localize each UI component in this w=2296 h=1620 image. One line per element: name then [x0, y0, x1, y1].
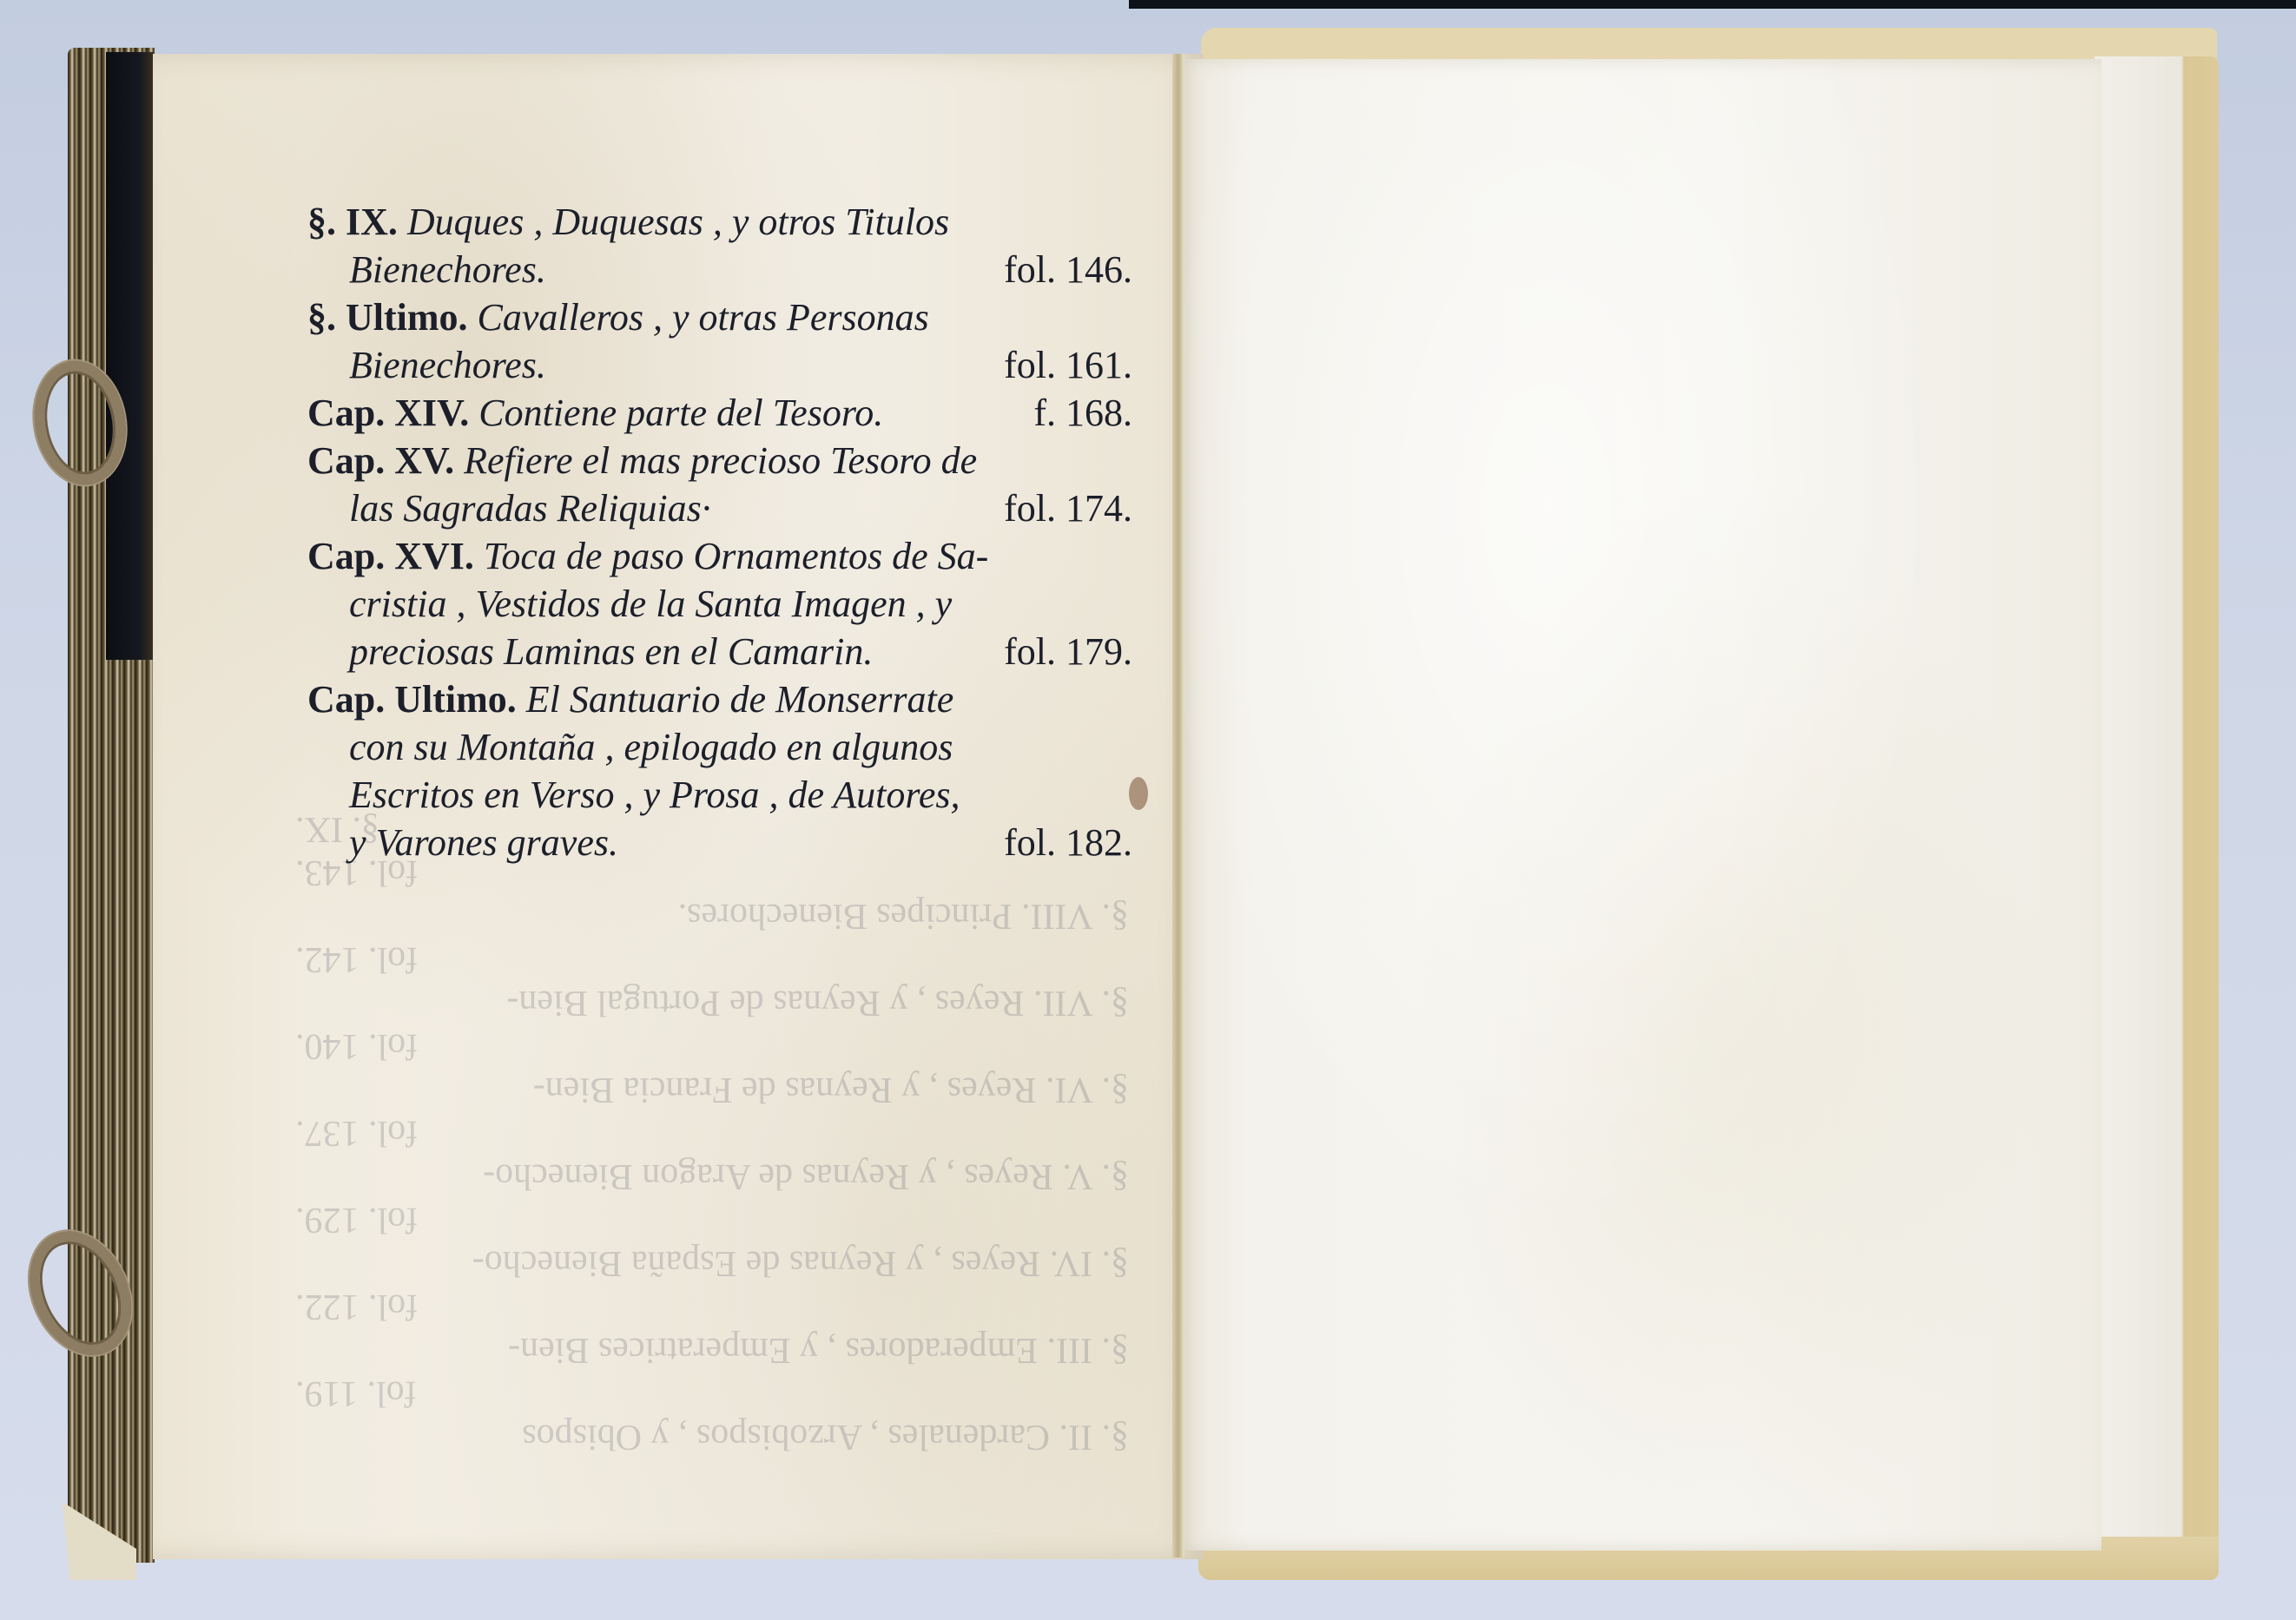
entry-title-cont: cristia , Vestidos de la Santa Imagen , … [349, 580, 952, 628]
entry-label: Cap. Ultimo. [307, 678, 517, 721]
show-through-text: §. II. Cardenales , Arzobispos , y Obisp… [295, 807, 1129, 1459]
entry-title-cont: preciosas Laminas en el Camarin. [349, 628, 873, 675]
entry-label: Cap. XVI. [307, 535, 474, 577]
folio-number: fol. 182. [1004, 819, 1132, 866]
entry-title: Toca de paso Ornamentos de Sa- [484, 535, 988, 577]
scanner-top-edge [1129, 0, 2296, 9]
entry-label: Cap. XIV. [307, 392, 469, 434]
toc-entry-cap-xiv: Cap. XIV. Contiene parte del Tesoro. f. … [307, 389, 1132, 437]
entry-label: §. Ultimo. [307, 296, 468, 339]
toc-entry-cap-ultimo: Cap. Ultimo. El Santuario de Monserrate … [307, 675, 1132, 866]
entry-title: Duques , Duquesas , y otros Titulos [407, 201, 949, 243]
entry-title: Refiere el mas precioso Tesoro de [464, 439, 977, 482]
entry-title: Contiene parte del Tesoro. [478, 392, 883, 434]
entry-title-cont: Bienechores. [349, 341, 546, 389]
right-page-blank-endpaper [1177, 59, 2101, 1551]
entry-title-cont: Bienechores. [349, 246, 546, 293]
table-of-contents: §. IX. Duques , Duquesas , y otros Titul… [307, 198, 1132, 866]
folio-number: fol. 146. [1004, 246, 1132, 293]
dark-page-edges [106, 52, 154, 660]
vellum-cover-right [2095, 56, 2219, 1550]
entry-title-cont: las Sagradas Reliquias· [349, 484, 711, 532]
book-gutter [1172, 54, 1184, 1557]
toc-entry-cap-xv: Cap. XV. Refiere el mas precioso Tesoro … [307, 437, 1132, 532]
entry-title-cont: con su Montaña , epilogado en algunos [349, 723, 953, 771]
folio-number: f. 168. [1033, 389, 1132, 437]
folio-number: fol. 161. [1004, 341, 1132, 389]
toc-entry-cap-xvi: Cap. XVI. Toca de paso Ornamentos de Sa-… [307, 532, 1132, 675]
toc-entry-section-ultimo: §. Ultimo. Cavalleros , y otras Personas… [307, 293, 1132, 389]
entry-title-cont: y Varones graves. [349, 819, 618, 866]
entry-title: Cavalleros , y otras Personas [478, 296, 929, 339]
entry-label: §. IX. [307, 201, 398, 243]
folio-number: fol. 174. [1004, 484, 1132, 532]
paper-stain [1129, 777, 1148, 810]
entry-label: Cap. XV. [307, 439, 454, 482]
entry-title: El Santuario de Monserrate [526, 678, 954, 721]
entry-title-cont: Escritos en Verso , y Prosa , de Autores… [349, 771, 960, 819]
toc-entry-section-ix: §. IX. Duques , Duquesas , y otros Titul… [307, 198, 1132, 293]
folio-number: fol. 179. [1004, 628, 1132, 675]
